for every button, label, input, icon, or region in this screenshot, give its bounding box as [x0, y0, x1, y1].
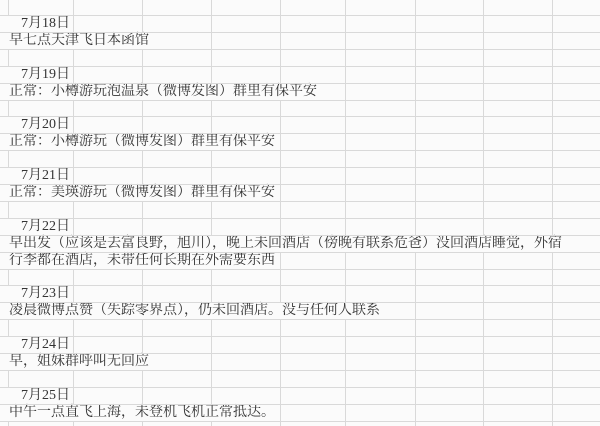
gridline-horizontal	[0, 387, 600, 388]
gridline-vertical	[345, 0, 346, 426]
gridline-horizontal	[0, 370, 600, 371]
gridline-horizontal	[0, 15, 600, 16]
cell-date[interactable]: 7月20日	[8, 116, 73, 133]
gridline-horizontal	[0, 167, 600, 168]
gridline-horizontal	[0, 201, 600, 202]
gridline-horizontal	[0, 336, 600, 337]
spreadsheet: 7月18日早七点天津飞日本函馆7月19日正常：小樽游玩泡温泉（微博发图）群里有保…	[0, 0, 600, 426]
gridline-horizontal	[0, 32, 600, 33]
cell-date[interactable]: 7月21日	[8, 167, 73, 184]
cell-date[interactable]: 7月25日	[8, 387, 73, 404]
gridline-horizontal	[0, 66, 600, 67]
cell-event[interactable]: 早七点天津飞日本函馆	[8, 32, 152, 49]
gridline-horizontal	[0, 252, 600, 253]
gridline-vertical	[483, 0, 484, 426]
gridline-horizontal	[0, 150, 600, 151]
gridline-vertical	[280, 0, 281, 426]
cell-event[interactable]: 正常：美瑛游玩（微博发图）群里有保平安	[8, 184, 278, 201]
gridline-vertical	[415, 0, 416, 426]
gridline-horizontal	[0, 133, 600, 134]
gridline-horizontal	[0, 116, 600, 117]
gridline-horizontal	[0, 353, 600, 354]
gridline-horizontal	[0, 49, 600, 50]
gridline-horizontal	[0, 218, 600, 219]
gridline-horizontal	[0, 269, 600, 270]
cell-event[interactable]: 中午一点直飞上海，未登机飞机正常抵达。	[8, 404, 278, 421]
cell-date[interactable]: 7月23日	[8, 285, 73, 302]
gridline-horizontal	[0, 83, 600, 84]
gridline-horizontal	[0, 235, 600, 236]
cell-event[interactable]: 早，姐妹群呼叫无回应	[8, 353, 152, 370]
cell-event[interactable]: 正常：小樽游玩泡温泉（微博发图）群里有保平安	[8, 83, 320, 100]
gridline-horizontal	[0, 184, 600, 185]
gridline-horizontal	[0, 302, 600, 303]
cell-event[interactable]: 行李都在酒店，未带任何长期在外需要东西	[8, 252, 278, 269]
cell-event[interactable]: 早出发（应该是去富良野，旭川），晚上未回酒店（傍晚有联系危爸）没回酒店睡觉，外宿	[8, 235, 565, 252]
cell-date[interactable]: 7月24日	[8, 336, 73, 353]
gridline-horizontal	[0, 100, 600, 101]
gridline-vertical	[211, 0, 212, 426]
gridline-horizontal	[0, 285, 600, 286]
cell-event[interactable]: 正常：小樽游玩（微博发图）群里有保平安	[8, 133, 278, 150]
gridline-vertical	[552, 0, 553, 426]
cell-date[interactable]: 7月18日	[8, 15, 73, 32]
cell-event[interactable]: 凌晨微博点赞（失踪零界点），仍未回酒店。没与任何人联系	[8, 302, 383, 319]
gridline-horizontal	[0, 421, 600, 422]
gridline-horizontal	[0, 404, 600, 405]
cell-date[interactable]: 7月19日	[8, 66, 73, 83]
gridline-horizontal	[0, 319, 600, 320]
cell-date[interactable]: 7月22日	[8, 218, 73, 235]
